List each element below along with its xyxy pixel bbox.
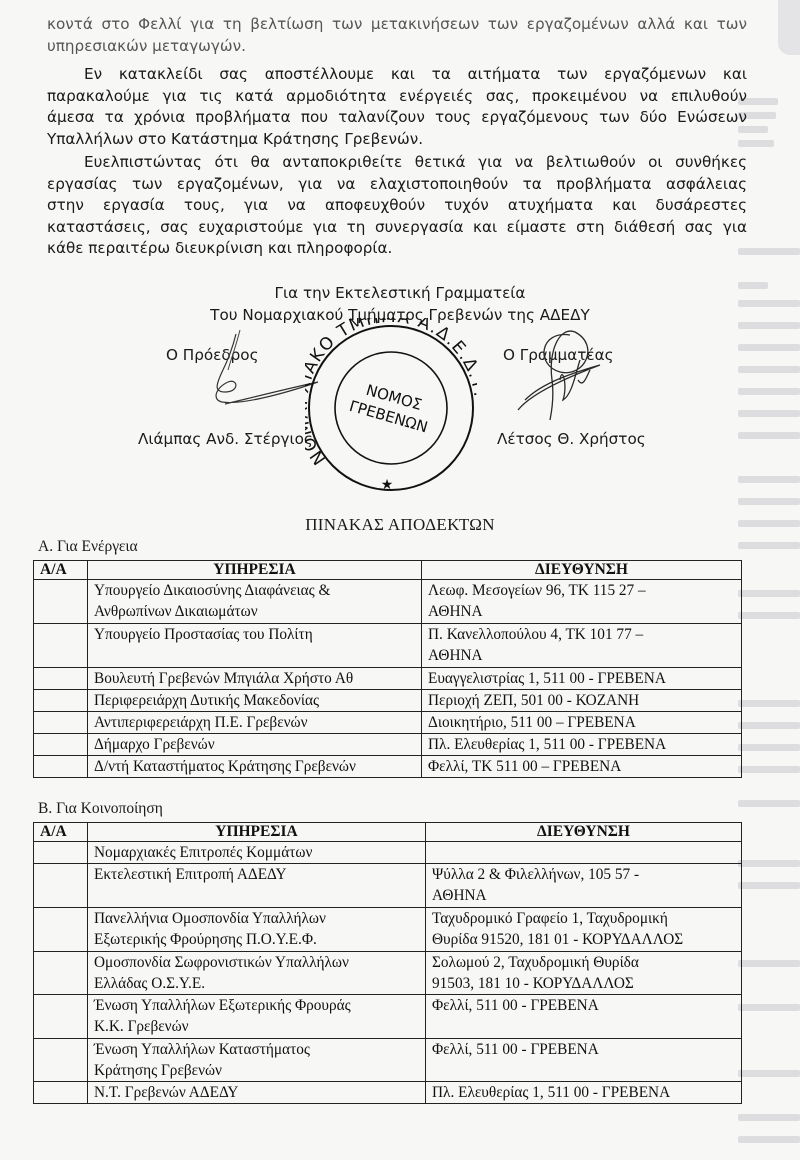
president-signature	[216, 334, 318, 404]
cell-service: Ν.Τ. Γρεβενών ΑΔΕΔΥ	[88, 1082, 426, 1104]
cell-address: Ψύλλα 2 & Φιλελλήνων, 105 57 -ΑΘΗΝΑ	[426, 864, 742, 908]
table-row: Εκτελεστική Επιτροπή ΑΔΕΔΥΨύλλα 2 & Φιλε…	[34, 864, 742, 908]
header-service: ΥΠΗΡΕΣΙΑ	[88, 561, 422, 580]
table-header-row: Α/Α ΥΠΗΡΕΣΙΑ ΔΙΕΥΘΥΝΣΗ	[34, 823, 742, 842]
cell-address: Φελλί, 511 00 - ΓΡΕΒΕΝΑ	[426, 995, 742, 1039]
cell-address: Διοικητήριο, 511 00 – ΓΡΕΒΕΝΑ	[422, 712, 742, 734]
text-line: υπηρεσιακών μεταγωγών.	[47, 36, 747, 58]
table-row: Δήμαρχο ΓρεβενώνΠλ. Ελευθερίας 1, 511 00…	[34, 734, 742, 756]
header-address: ΔΙΕΥΘΥΝΣΗ	[426, 823, 742, 842]
cell-service: Περιφερειάρχη Δυτικής Μακεδονίας	[88, 690, 422, 712]
cell-service: Βουλευτή Γρεβενών Μπγιάλα Χρήστο Αθ	[88, 668, 422, 690]
cell-address: Π. Κανελλοπούλου 4, ΤΚ 101 77 –ΑΘΗΝΑ	[422, 624, 742, 668]
text-line: Υπαλλήλων στο Κατάστημα Κράτησης Γρεβενώ…	[47, 129, 747, 151]
cell-address: Φελλί, ΤΚ 511 00 – ΓΡΕΒΕΝΑ	[422, 756, 742, 778]
cell-address: Ευαγγελιστρίας 1, 511 00 - ΓΡΕΒΕΝΑ	[422, 668, 742, 690]
cell-aa	[34, 712, 88, 734]
official-stamp: ΝΟΜΑΡΧΙΑΚΟ ΤΜΗΜΑ Α.Δ.Ε.Δ.Υ. ΝΟΜΟΣ ΓΡΕΒΕΝ…	[305, 318, 477, 498]
cell-aa	[34, 580, 88, 624]
cell-aa	[34, 734, 88, 756]
cell-service: Πανελλήνια Ομοσπονδία ΥπαλλήλωνΕξωτερική…	[88, 908, 426, 952]
secretary-name: Λέτσος Θ. Χρήστος	[497, 430, 646, 448]
president-title: Ο Πρόεδρος	[166, 346, 258, 364]
cell-service: Αντιπεριφερειάρχη Π.Ε. Γρεβενών	[88, 712, 422, 734]
cell-address: Πλ. Ελευθερίας 1, 511 00 - ΓΡΕΒΕΝΑ	[426, 1082, 742, 1104]
table-row: Νομαρχιακές Επιτροπές Κομμάτων	[34, 842, 742, 864]
table-row: Ένωση Υπαλλήλων ΚαταστήματοςΚράτησης Γρε…	[34, 1039, 742, 1082]
cell-address: Σολωμού 2, Ταχυδρομική Θυρίδα91503, 181 …	[426, 952, 742, 995]
cell-aa	[34, 624, 88, 668]
table-row: Αντιπεριφερειάρχη Π.Ε. ΓρεβενώνΔιοικητήρ…	[34, 712, 742, 734]
cell-service: Ένωση Υπαλλήλων ΚαταστήματοςΚράτησης Γρε…	[88, 1039, 426, 1082]
star-icon: ★	[381, 477, 394, 493]
header-address: ΔΙΕΥΘΥΝΣΗ	[422, 561, 742, 580]
table-row: Ν.Τ. Γρεβενών ΑΔΕΔΥΠλ. Ελευθερίας 1, 511…	[34, 1082, 742, 1104]
president-name: Λιάμπας Ανδ. Στέργιος	[138, 430, 313, 448]
secretary-signature	[518, 331, 600, 420]
section-for-notification-label: Β. Για Κοινοποίηση	[38, 800, 163, 818]
cell-aa	[34, 952, 88, 995]
table-row: Ομοσπονδία Σωφρονιστικών ΥπαλλήλωνΕλλάδα…	[34, 952, 742, 995]
text-line: άμεσα τα χρόνια προβλήματα που ταλανίζου…	[47, 107, 747, 129]
cell-aa	[34, 995, 88, 1039]
paragraph-continued: κοντά στο Φελλί για τη βελτίωση των μετα…	[47, 14, 747, 57]
cell-aa	[34, 690, 88, 712]
cell-address: Λεωφ. Μεσογείων 96, ΤΚ 115 27 –ΑΘΗΝΑ	[422, 580, 742, 624]
cell-address: Πλ. Ελευθερίας 1, 511 00 - ΓΡΕΒΕΝΑ	[422, 734, 742, 756]
table-header-row: Α/Α ΥΠΗΡΕΣΙΑ ΔΙΕΥΘΥΝΣΗ	[34, 561, 742, 580]
cell-service: Εκτελεστική Επιτροπή ΑΔΕΔΥ	[88, 864, 426, 908]
cell-service: Ένωση Υπαλλήλων Εξωτερικής ΦρουράςΚ.Κ. Γ…	[88, 995, 426, 1039]
table-row: Ένωση Υπαλλήλων Εξωτερικής ΦρουράςΚ.Κ. Γ…	[34, 995, 742, 1039]
text-line: στην εργασία τους, για να αποφευχθούν τυ…	[47, 195, 747, 217]
section-for-action-label: Α. Για Ενέργεια	[38, 538, 138, 556]
cell-service: Δ/ντή Καταστήματος Κράτησης Γρεβενών	[88, 756, 422, 778]
cell-service: Υπουργείο Προστασίας του Πολίτη	[88, 624, 422, 668]
cell-address: Φελλί, 511 00 - ΓΡΕΒΕΝΑ	[426, 1039, 742, 1082]
cell-service: Υπουργείο Δικαιοσύνης Διαφάνειας &Ανθρωπ…	[88, 580, 422, 624]
cell-aa	[34, 864, 88, 908]
table-row: Υπουργείο Δικαιοσύνης Διαφάνειας &Ανθρωπ…	[34, 580, 742, 624]
cell-aa	[34, 842, 88, 864]
cell-service: Δήμαρχο Γρεβενών	[88, 734, 422, 756]
header-service: ΥΠΗΡΕΣΙΑ	[88, 823, 426, 842]
table-row: Υπουργείο Προστασίας του ΠολίτηΠ. Κανελλ…	[34, 624, 742, 668]
header-aa: Α/Α	[34, 561, 88, 580]
recipients-title: ΠΙΝΑΚΑΣ ΑΠΟΔΕΚΤΩΝ	[0, 515, 800, 535]
paragraph-requests: Εν κατακλείδι σας αποστέλλουμε και τα αι…	[47, 64, 747, 150]
text-line: εργασίας των εργαζομένων, για να ελαχιστ…	[47, 174, 747, 196]
cell-address: Ταχυδρομικό Γραφείο 1, ΤαχυδρομικήΘυρίδα…	[426, 908, 742, 952]
cell-aa	[34, 668, 88, 690]
cell-aa	[34, 908, 88, 952]
table-for-notification: Α/Α ΥΠΗΡΕΣΙΑ ΔΙΕΥΘΥΝΣΗ Νομαρχιακές Επιτρ…	[33, 822, 742, 1104]
cell-service: Νομαρχιακές Επιτροπές Κομμάτων	[88, 842, 426, 864]
secretary-title: Ο Γραμματέας	[503, 346, 614, 364]
table-row: Βουλευτή Γρεβενών Μπγιάλα Χρήστο ΑθΕυαγγ…	[34, 668, 742, 690]
header-aa: Α/Α	[34, 823, 88, 842]
table-row: Περιφερειάρχη Δυτικής ΜακεδονίαςΠεριοχή …	[34, 690, 742, 712]
table-row: Δ/ντή Καταστήματος Κράτησης ΓρεβενώνΦελλ…	[34, 756, 742, 778]
table-for-action: Α/Α ΥΠΗΡΕΣΙΑ ΔΙΕΥΘΥΝΣΗ Υπουργείο Δικαιοσ…	[33, 560, 742, 778]
cell-aa	[34, 756, 88, 778]
signature-heading-1: Για την Εκτελεστική Γραμματεία	[0, 284, 800, 302]
text-line: κάθε περαιτέρω διευκρίνιση και πληροφορί…	[47, 238, 747, 260]
cell-address: Περιοχή ΖΕΠ, 501 00 - ΚΟΖΑΝΗ	[422, 690, 742, 712]
cell-service: Ομοσπονδία Σωφρονιστικών ΥπαλλήλωνΕλλάδα…	[88, 952, 426, 995]
paragraph-closing: Ευελπιστώντας ότι θα ανταποκριθείτε θετι…	[47, 152, 747, 260]
text-line: κοντά στο Φελλί για τη βελτίωση των μετα…	[47, 14, 747, 36]
cell-aa	[34, 1039, 88, 1082]
cell-aa	[34, 1082, 88, 1104]
table-row: Πανελλήνια Ομοσπονδία ΥπαλλήλωνΕξωτερική…	[34, 908, 742, 952]
text-line: καταστάσεις, σας ευχαριστούμε για τη συν…	[47, 217, 747, 239]
reverse-side-bleed-through	[738, 0, 800, 1160]
text-line: Εν κατακλείδι σας αποστέλλουμε και τα αι…	[47, 64, 747, 86]
cell-address	[426, 842, 742, 864]
text-line: παρακαλούμε για τις κατά αρμοδιότητα ενέ…	[47, 86, 747, 108]
text-line: Ευελπιστώντας ότι θα ανταποκριθείτε θετι…	[47, 152, 747, 174]
